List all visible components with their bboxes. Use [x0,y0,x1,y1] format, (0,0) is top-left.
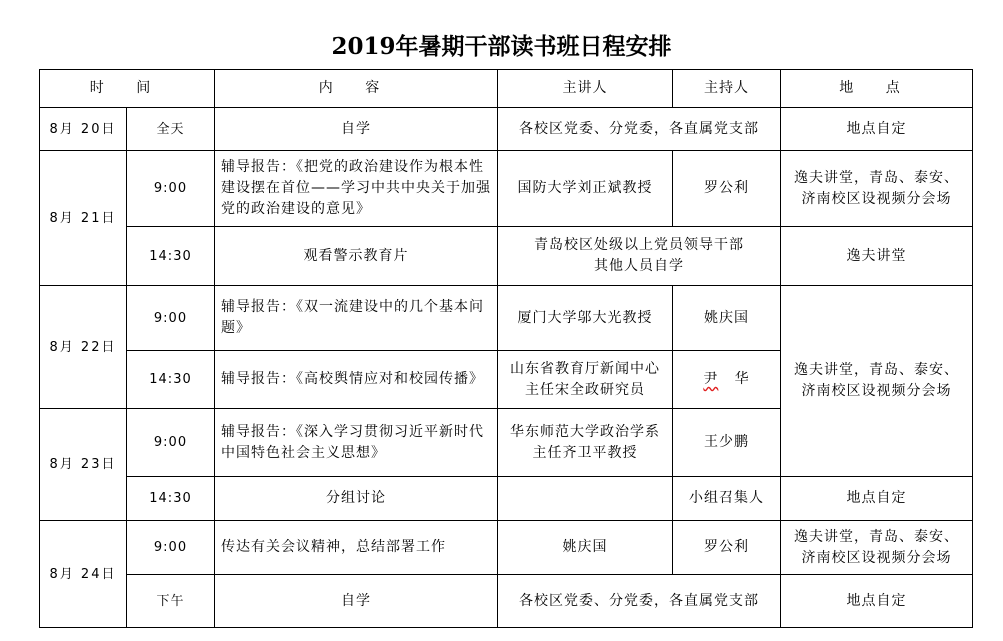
table-row: 下午 自学 各校区党委、分党委，各直属党支部 地点自定 [40,575,973,628]
header-time: 时 间 [40,70,215,108]
content-cell: 传达有关会议精神，总结部署工作 [215,521,498,575]
content-cell: 自学 [215,575,498,628]
header-host: 主持人 [673,70,781,108]
speaker-line: 其他人员自学 [504,256,774,277]
location-cell: 逸夫讲堂，青岛、泰安、济南校区设视频分会场 [781,286,973,477]
location-cell: 地点自定 [781,575,973,628]
date-cell: 8月 21日 [40,151,127,286]
time-cell: 9:00 [127,521,215,575]
content-cell: 观看警示教育片 [215,227,498,286]
location-cell: 逸夫讲堂 [781,227,973,286]
host-given: 华 [735,371,750,387]
time-cell: 14:30 [127,351,215,409]
table-row: 8月 21日 9:00 辅导报告：《把党的政治建设作为根本性建设摆在首位——学习… [40,151,973,227]
speaker-cell: 华东师范大学政治学系主任齐卫平教授 [498,409,673,477]
location-cell: 地点自定 [781,477,973,521]
content-cell: 辅导报告：《深入学习贯彻习近平新时代中国特色社会主义思想》 [215,409,498,477]
header-row: 时 间 内 容 主讲人 主持人 地 点 [40,70,973,108]
header-content: 内 容 [215,70,498,108]
header-location: 地 点 [781,70,973,108]
time-cell: 9:00 [127,286,215,351]
speaker-cell: 山东省教育厅新闻中心主任宋全政研究员 [498,351,673,409]
table-row: 8月 22日 9:00 辅导报告：《双一流建设中的几个基本问题》 厦门大学邬大光… [40,286,973,351]
location-cell: 地点自定 [781,108,973,151]
speaker-cell: 各校区党委、分党委，各直属党支部 [498,108,781,151]
document-title: 2019年暑期干部读书班日程安排 [0,28,1003,61]
time-cell: 14:30 [127,477,215,521]
host-cell: 罗公利 [673,521,781,575]
content-cell: 辅导报告：《高校舆情应对和校园传播》 [215,351,498,409]
speaker-cell: 各校区党委、分党委，各直属党支部 [498,575,781,628]
table-row: 8月 20日 全天 自学 各校区党委、分党委，各直属党支部 地点自定 [40,108,973,151]
host-cell: 姚庆国 [673,286,781,351]
time-cell: 9:00 [127,151,215,227]
header-speaker: 主讲人 [498,70,673,108]
date-cell: 8月 22日 [40,286,127,409]
time-cell: 下午 [127,575,215,628]
content-cell: 辅导报告：《双一流建设中的几个基本问题》 [215,286,498,351]
time-cell: 14:30 [127,227,215,286]
time-cell: 全天 [127,108,215,151]
speaker-cell [498,477,673,521]
time-cell: 9:00 [127,409,215,477]
date-cell: 8月 23日 [40,409,127,521]
host-cell: 尹 华 [673,351,781,409]
speaker-cell: 青岛校区处级以上党员领导干部 其他人员自学 [498,227,781,286]
host-cell: 罗公利 [673,151,781,227]
speaker-cell: 姚庆国 [498,521,673,575]
date-cell: 8月 20日 [40,108,127,151]
content-cell: 分组讨论 [215,477,498,521]
table-row: 8月 24日 9:00 传达有关会议精神，总结部署工作 姚庆国 罗公利 逸夫讲堂… [40,521,973,575]
location-cell: 逸夫讲堂，青岛、泰安、济南校区设视频分会场 [781,521,973,575]
content-cell: 自学 [215,108,498,151]
speaker-line: 青岛校区处级以上党员领导干部 [504,235,774,256]
table-row: 14:30 观看警示教育片 青岛校区处级以上党员领导干部 其他人员自学 逸夫讲堂 [40,227,973,286]
content-cell: 辅导报告：《把党的政治建设作为根本性建设摆在首位——学习中共中央关于加强党的政治… [215,151,498,227]
host-cell: 小组召集人 [673,477,781,521]
date-cell: 8月 24日 [40,521,127,628]
host-cell: 王少鹏 [673,409,781,477]
speaker-cell: 国防大学刘正斌教授 [498,151,673,227]
host-surname: 尹 [703,371,718,387]
speaker-cell: 厦门大学邬大光教授 [498,286,673,351]
schedule-table: 时 间 内 容 主讲人 主持人 地 点 8月 20日 全天 自学 各校区党委、分… [39,69,973,628]
table-row: 14:30 分组讨论 小组召集人 地点自定 [40,477,973,521]
location-cell: 逸夫讲堂，青岛、泰安、济南校区设视频分会场 [781,151,973,227]
